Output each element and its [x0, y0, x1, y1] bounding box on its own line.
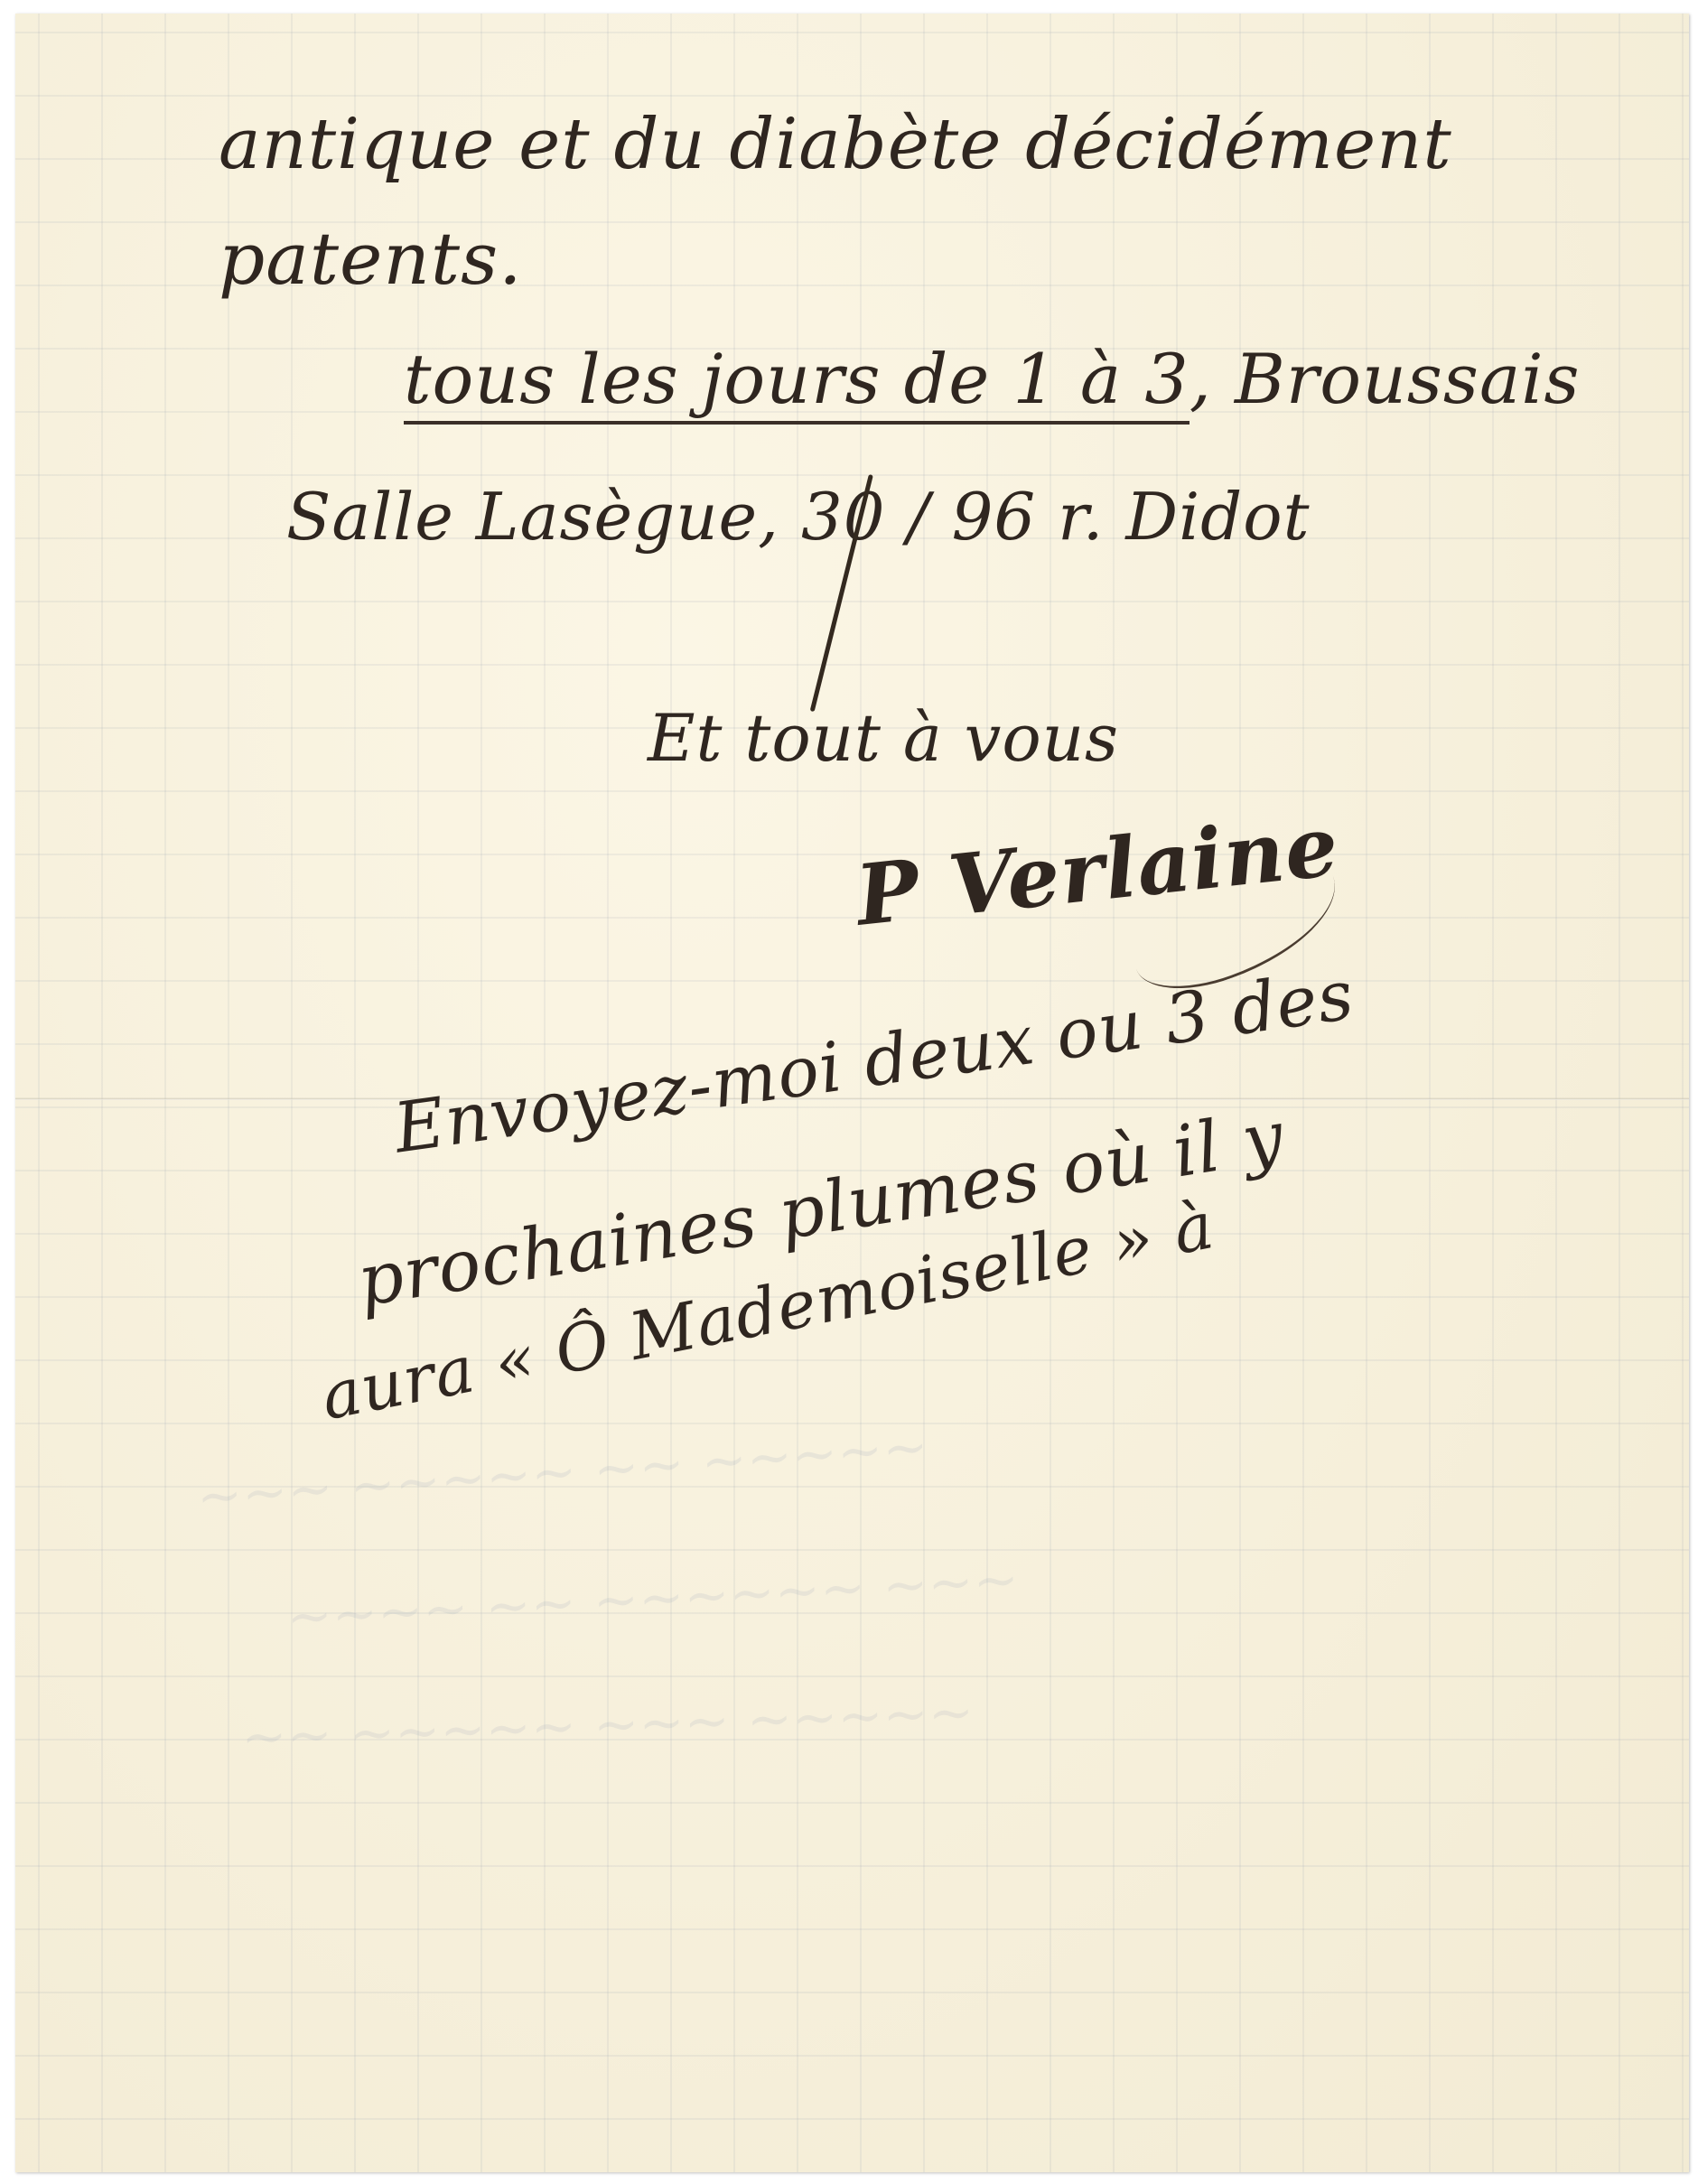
closing-line: Et tout à vous: [648, 700, 1119, 776]
letter-line: antique et du diabète décidément: [219, 104, 1452, 185]
letter-line-underlined: tous les jours de 1 à 3, Broussais: [404, 339, 1581, 419]
letter-page: ~~~ ~~~~~ ~~ ~~~~~ ~~~~ ~~ ~~~~~~ ~~~ ~~…: [15, 14, 1689, 2172]
underlined-hours: tous les jours de 1 à 3: [404, 339, 1190, 425]
bleed-through-ink: ~~ ~~~~~ ~~~ ~~~~~: [240, 1681, 975, 1769]
hospital-name: , Broussais: [1190, 339, 1581, 419]
letter-line: patents.: [219, 217, 523, 301]
address-line: Salle Lasègue, 30 / 96 r. Didot: [286, 479, 1311, 555]
bleed-through-ink: ~~~~ ~~ ~~~~~~ ~~~: [285, 1548, 1021, 1649]
bleed-through-ink: ~~~ ~~~~~ ~~ ~~~~~: [195, 1415, 930, 1529]
